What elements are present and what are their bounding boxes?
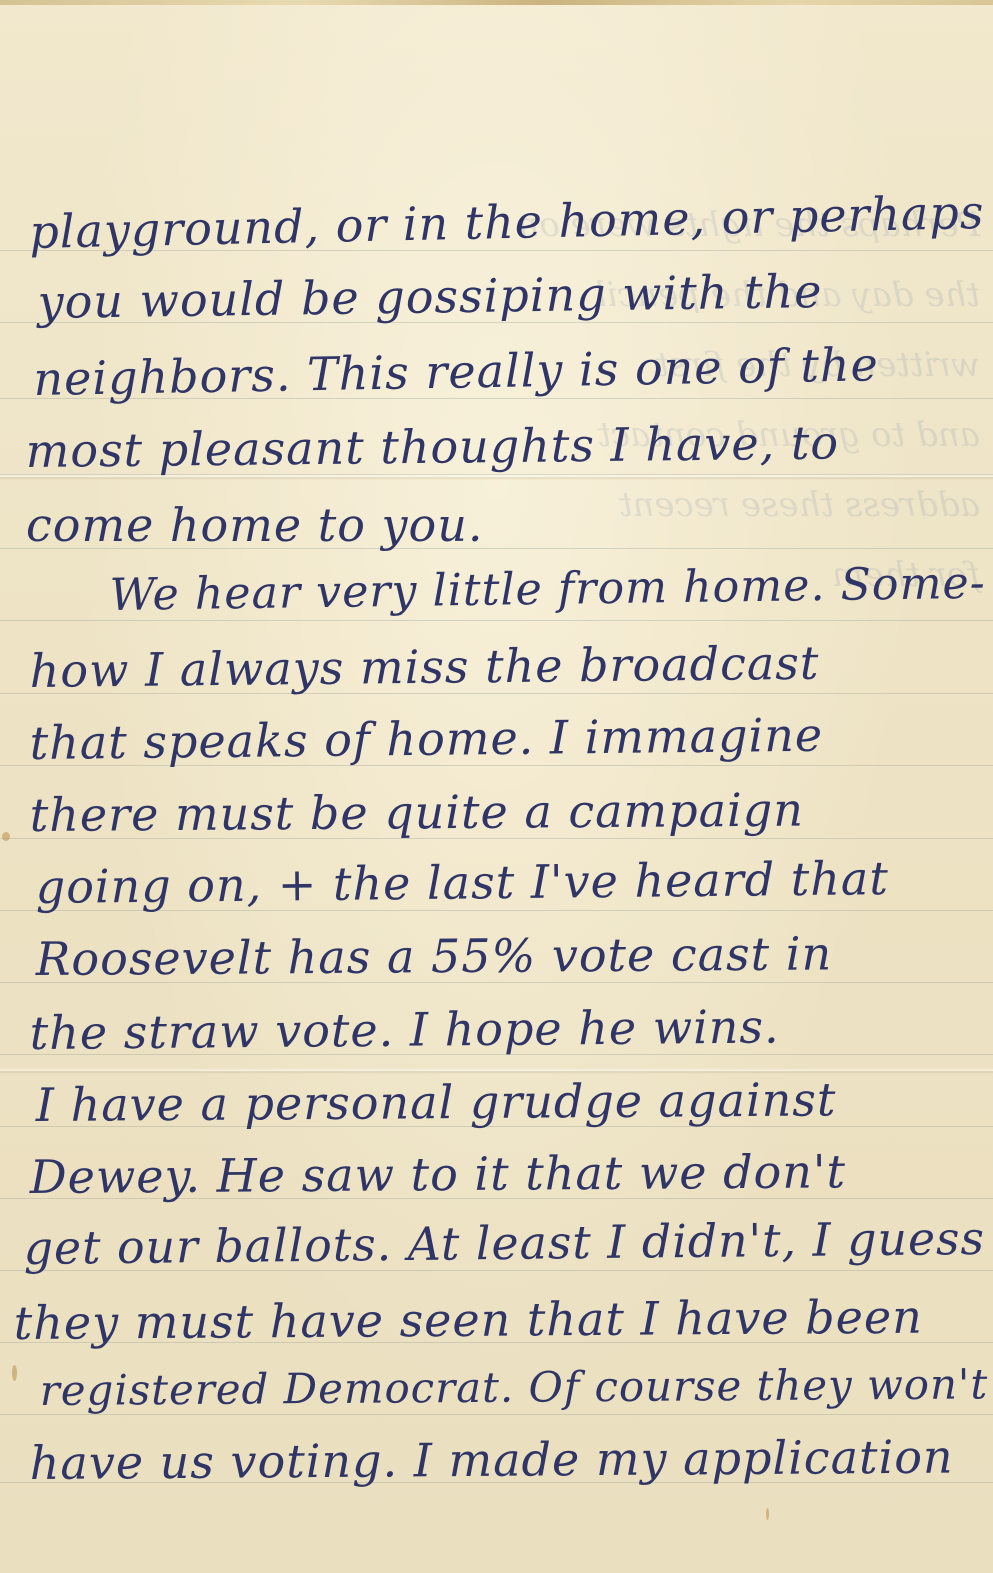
- handwritten-line: Roosevelt has a 55% vote cast in: [36, 926, 833, 986]
- paper-stain: [766, 1508, 769, 1520]
- handwritten-line: that speaks of home. I immagine: [29, 708, 823, 770]
- handwritten-line: they must have seen that I have been: [14, 1290, 923, 1350]
- paper-stain: [12, 1365, 17, 1381]
- handwritten-line: I have a personal grudge against: [36, 1072, 837, 1132]
- handwritten-line: Dewey. He saw to it that we don't: [30, 1144, 847, 1204]
- paper-fold: [0, 1068, 993, 1074]
- handwritten-line: there must be quite a campaign: [30, 783, 804, 842]
- handwritten-line: come home to you.: [26, 498, 483, 552]
- handwritten-line: the straw vote. I hope he wins.: [30, 999, 780, 1060]
- handwritten-line: get our ballots. At least I didn't, I gu…: [23, 1212, 985, 1275]
- handwritten-line: playground, or in the home, or perhaps: [29, 185, 985, 259]
- handwritten-line: We hear very little from home. Some-: [109, 558, 986, 621]
- handwritten-line: going on, + the last I've heard that: [35, 851, 889, 914]
- handwritten-line: neighbors. This really is one of the: [33, 337, 879, 406]
- handwritten-line: have us voting. I made my application: [30, 1430, 954, 1490]
- handwritten-line: registered Democrat. Of course they won'…: [40, 1359, 989, 1415]
- handwritten-line: how I always miss the broadcast: [29, 636, 819, 698]
- handwritten-line: most pleasant thoughts I have, to: [25, 415, 839, 478]
- paper-top-edge: [0, 0, 993, 5]
- paper-stain: [2, 832, 10, 841]
- handwritten-line: you would be gossiping with the: [37, 264, 822, 329]
- letter-page: Perhaps the lights were on the day and t…: [0, 0, 993, 1573]
